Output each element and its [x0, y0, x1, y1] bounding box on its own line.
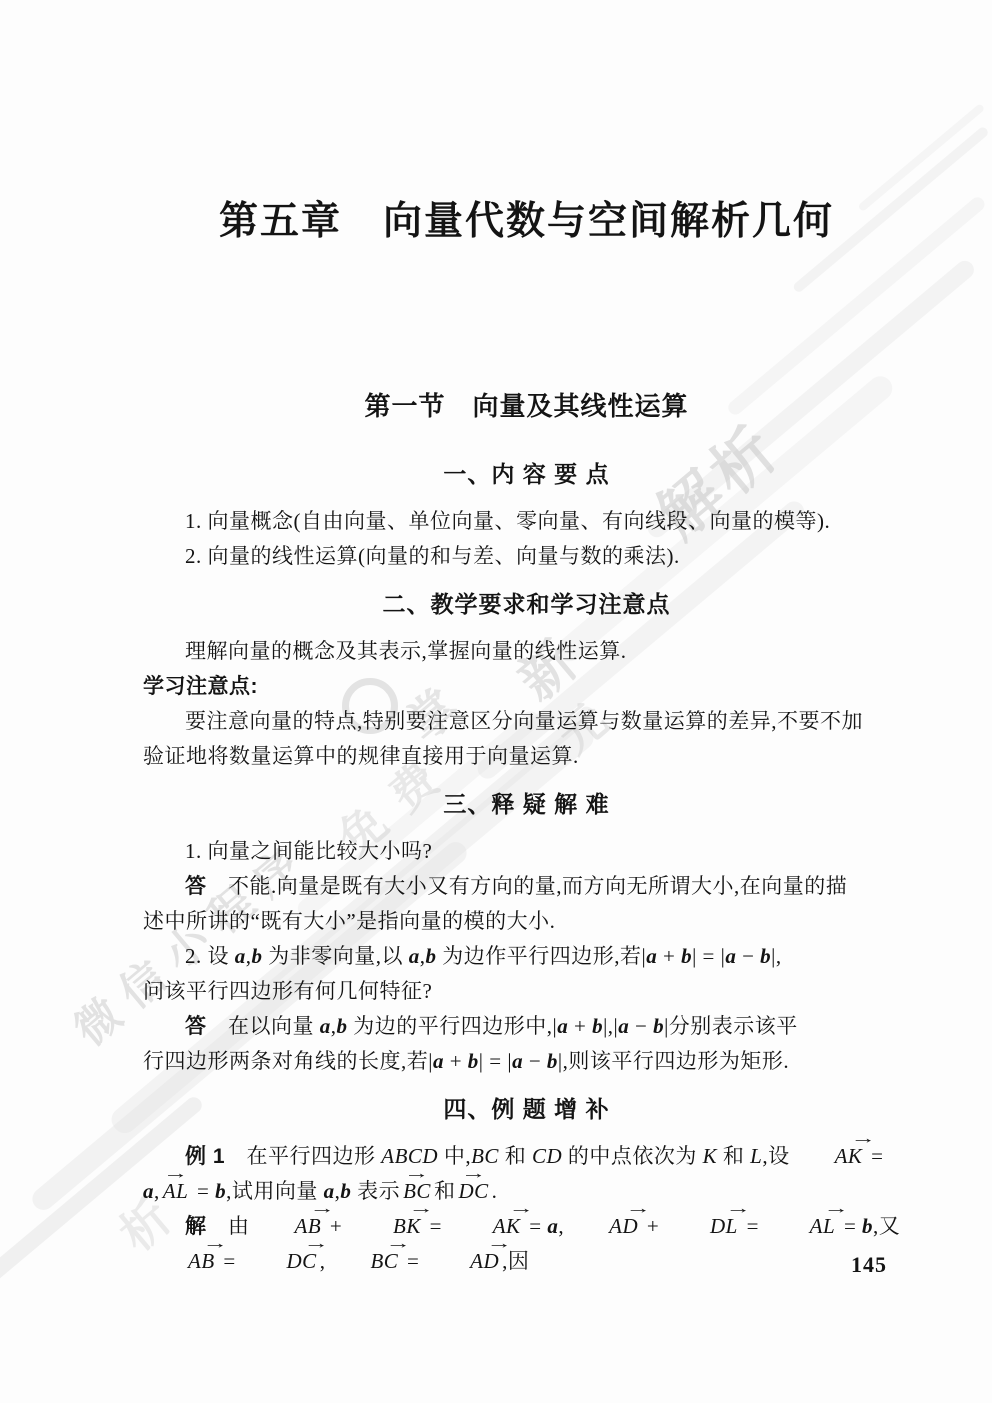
- answer-2-line-2: 行四边形两条对角线的长度,若|a + b| = |a − b|,则该平行四边形为…: [143, 1044, 910, 1079]
- vector-arrow-icon: →: [437, 1202, 535, 1217]
- vector-arrow-icon: →: [753, 1202, 851, 1217]
- bold-label: 答: [185, 1015, 207, 1038]
- question-2-line-2: 问该平行四边形有何几何特征?: [143, 974, 910, 1009]
- text-run: ,试用向量: [226, 1179, 324, 1203]
- vector-letters: AD: [470, 1249, 499, 1273]
- vector-letters: AL: [163, 1179, 189, 1203]
- math-bold-variable: b: [340, 1179, 351, 1203]
- math-bold-variable: a: [143, 1179, 154, 1203]
- vector-term: →BK: [348, 1216, 424, 1237]
- vector-arrow-icon: →: [337, 1202, 435, 1217]
- vector-letters: DC: [287, 1249, 317, 1273]
- text-run: 2. 向量的线性运算(向量的和与差、向量与数的乘法).: [185, 544, 680, 568]
- text-run: |分别表示该平: [664, 1014, 798, 1038]
- text-run: 中,: [438, 1144, 471, 1168]
- text-run: =: [524, 1214, 548, 1238]
- vector-term: →AK: [448, 1216, 524, 1237]
- text-run: 1. 向量之间能比较大小吗?: [185, 839, 432, 863]
- bold-label: 例 1: [185, 1145, 225, 1168]
- content-point-2: 2. 向量的线性运算(向量的和与差、向量与数的乘法).: [143, 539, 910, 574]
- math-bold-variable: b: [653, 1014, 664, 1038]
- text-run: +: [568, 1014, 592, 1038]
- answer-2-line-1: 答 在以向量 a,b 为边的平行四边形中,|a + b|,|a − b|分别表示…: [143, 1009, 910, 1044]
- text-run: +: [657, 944, 681, 968]
- math-bold-variable: b: [215, 1179, 226, 1203]
- math-bold-variable: b: [468, 1049, 479, 1073]
- page-number: 145: [851, 1252, 887, 1278]
- vector-term: →AB: [143, 1251, 218, 1272]
- math-bold-variable: b: [592, 1014, 603, 1038]
- text-run: +: [324, 1214, 348, 1238]
- vector-term: →AL: [160, 1181, 192, 1202]
- text-run: =: [191, 1179, 215, 1203]
- study-note-line-2: 验证地将数量运算中的规律直接用于向量运算.: [143, 739, 910, 774]
- bold-label: 解: [185, 1215, 207, 1238]
- question-1: 1. 向量之间能比较大小吗?: [143, 834, 910, 869]
- bold-label: 答: [185, 875, 207, 898]
- math-bold-variable: b: [862, 1214, 873, 1238]
- vector-arrow-icon: →: [131, 1237, 229, 1252]
- vector-letters: BK: [393, 1214, 421, 1238]
- text-run: =: [741, 1214, 765, 1238]
- text-run: ,因: [502, 1249, 529, 1273]
- text-run: −: [736, 944, 760, 968]
- text-run: | = |: [692, 944, 725, 968]
- vector-term: →DC: [455, 1181, 491, 1202]
- text-run: 问该平行四边形有何几何特征?: [143, 979, 432, 1003]
- text-run: =: [401, 1249, 425, 1273]
- heading-teaching-requirements: 二、教学要求和学习注意点: [143, 586, 910, 622]
- vector-arrow-icon: →: [460, 1167, 486, 1182]
- question-2-line-1: 2. 设 a,b 为非零向量,以 a,b 为边作平行四边形,若|a + b| =…: [143, 939, 910, 974]
- text-run: 和: [717, 1144, 750, 1168]
- vector-term: →AD: [425, 1251, 502, 1272]
- vector-letters: BC: [403, 1179, 431, 1203]
- math-variable: ABCD: [381, 1144, 438, 1168]
- text-run: −: [629, 1014, 653, 1038]
- text-run: 在以向量: [207, 1014, 320, 1038]
- vector-term: →AD: [564, 1216, 641, 1237]
- vector-letters: DL: [710, 1214, 738, 1238]
- vector-letters: BC: [370, 1249, 398, 1273]
- content-point-1: 1. 向量概念(自由向量、单位向量、零向量、有向线段、向量的模等).: [143, 504, 910, 539]
- math-bold-variable: b: [426, 944, 437, 968]
- text-run: +: [444, 1049, 468, 1073]
- math-variable: L: [750, 1144, 762, 1168]
- vector-letters: AK: [835, 1144, 863, 1168]
- study-note-label: 学习注意点:: [143, 669, 910, 704]
- text-run: =: [838, 1214, 862, 1238]
- heading-content-points: 一、内 容 要 点: [143, 456, 910, 492]
- vector-letters: AD: [609, 1214, 638, 1238]
- text-run: 1. 向量概念(自由向量、单位向量、零向量、有向线段、向量的模等).: [185, 509, 830, 533]
- math-bold-variable: b: [547, 1049, 558, 1073]
- text-run: −: [523, 1049, 547, 1073]
- math-bold-variable: a: [409, 944, 420, 968]
- text-run: 为边的平行四边形中,|: [348, 1014, 558, 1038]
- math-bold-variable: a: [324, 1179, 335, 1203]
- vector-arrow-icon: →: [554, 1202, 652, 1217]
- text-run: 由: [207, 1214, 250, 1238]
- text-run: 不能.向量是既有大小又有方向的量,而方向无所谓大小,在向量的描: [207, 874, 848, 898]
- math-variable: BC: [471, 1144, 499, 1168]
- text-run: 述中所讲的“既有大小”是指向量的模的大小.: [143, 909, 555, 933]
- bold-label: 学习注意点:: [143, 675, 258, 698]
- math-variable: K: [703, 1144, 718, 1168]
- text-run: |,则该平行四边形为矩形.: [558, 1049, 789, 1073]
- math-variable: CD: [532, 1144, 562, 1168]
- text-run: 在平行四边形: [225, 1144, 381, 1168]
- study-note-line-1: 要注意向量的特点,特别要注意区分向量运算与数量运算的差异,不要不加: [143, 704, 910, 739]
- text-run: =: [218, 1249, 242, 1273]
- text-run: |,: [771, 944, 781, 968]
- text-run: 为非零向量,以: [263, 944, 409, 968]
- vector-arrow-icon: →: [415, 1237, 513, 1252]
- math-bold-variable: b: [252, 944, 263, 968]
- answer-1-line-1: 答 不能.向量是既有大小又有方向的量,而方向无所谓大小,在向量的描: [143, 869, 910, 904]
- text-run: 理解向量的概念及其表示,掌握向量的线性运算.: [185, 639, 627, 663]
- math-bold-variable: a: [646, 944, 657, 968]
- text-run: .: [492, 1179, 498, 1203]
- vector-arrow-icon: →: [238, 1202, 336, 1217]
- text-run: 为边作平行四边形,若|: [437, 944, 647, 968]
- chapter-title: 第五章 向量代数与空间解析几何: [143, 196, 910, 248]
- math-bold-variable: a: [557, 1014, 568, 1038]
- document-text-column: 第五章 向量代数与空间解析几何第一节 向量及其线性运算一、内 容 要 点1. 向…: [143, 0, 910, 1279]
- vector-letters: AK: [493, 1214, 521, 1238]
- text-run: 要注意向量的特点,特别要注意区分向量运算与数量运算的差异,不要不加: [185, 709, 863, 733]
- math-bold-variable: b: [760, 944, 771, 968]
- math-bold-variable: a: [235, 944, 246, 968]
- solution-line-1: 解 由→AB + →BK = →AK = a,→AD + →DL = →AL =…: [143, 1209, 910, 1279]
- math-bold-variable: a: [618, 1014, 629, 1038]
- vector-letters: AL: [810, 1214, 836, 1238]
- math-bold-variable: a: [725, 944, 736, 968]
- vector-term: →AB: [250, 1216, 325, 1237]
- text-run: ,又: [873, 1214, 900, 1238]
- math-bold-variable: a: [320, 1014, 331, 1038]
- text-run: +: [641, 1214, 665, 1238]
- text-run: 行四边形两条对角线的长度,若|: [143, 1049, 433, 1073]
- vector-term: →DC: [242, 1251, 320, 1272]
- answer-1-line-2: 述中所讲的“既有大小”是指向量的模的大小.: [143, 904, 910, 939]
- vector-term: →DL: [665, 1216, 741, 1237]
- vector-arrow-icon: →: [162, 1167, 188, 1182]
- math-bold-variable: a: [512, 1049, 523, 1073]
- teaching-requirement: 理解向量的概念及其表示,掌握向量的线性运算.: [143, 634, 910, 669]
- text-run: 验证地将数量运算中的规律直接用于向量运算.: [143, 744, 579, 768]
- section-title: 第一节 向量及其线性运算: [143, 386, 910, 426]
- text-run: 和: [499, 1144, 532, 1168]
- text-run: ,设: [762, 1144, 789, 1168]
- text-run: | = |: [479, 1049, 512, 1073]
- vector-letters: AB: [295, 1214, 322, 1238]
- math-bold-variable: a: [433, 1049, 444, 1073]
- vector-letters: AB: [188, 1249, 215, 1273]
- text-run: 和: [434, 1179, 456, 1203]
- vector-arrow-icon: →: [404, 1167, 430, 1182]
- vector-arrow-icon: →: [779, 1132, 877, 1147]
- vector-term: →AK: [790, 1146, 866, 1167]
- vector-term: →BC: [325, 1251, 401, 1272]
- scanned-textbook-page: 解析新掌元免 费微信小程序析 第五章 向量代数与空间解析几何第一节 向量及其线性…: [0, 0, 992, 1403]
- text-run: |,|: [603, 1014, 618, 1038]
- text-run: =: [424, 1214, 448, 1238]
- vector-arrow-icon: →: [654, 1202, 752, 1217]
- vector-term: →AL: [765, 1216, 839, 1237]
- math-bold-variable: b: [681, 944, 692, 968]
- heading-examples: 四、例 题 增 补: [143, 1091, 910, 1127]
- text-run: 表示: [351, 1179, 400, 1203]
- text-run: =: [865, 1144, 883, 1168]
- heading-qa: 三、释 疑 解 难: [143, 786, 910, 822]
- vector-term: →BC: [400, 1181, 434, 1202]
- example-1-line-1: 例 1 在平行四边形 ABCD 中,BC 和 CD 的中点依次为 K 和 L,设…: [143, 1139, 910, 1174]
- vector-letters: DC: [458, 1179, 488, 1203]
- math-bold-variable: b: [337, 1014, 348, 1038]
- text-run: 2. 设: [185, 944, 235, 968]
- math-bold-variable: a: [547, 1214, 558, 1238]
- vector-arrow-icon: →: [314, 1237, 412, 1252]
- text-run: 的中点依次为: [562, 1144, 703, 1168]
